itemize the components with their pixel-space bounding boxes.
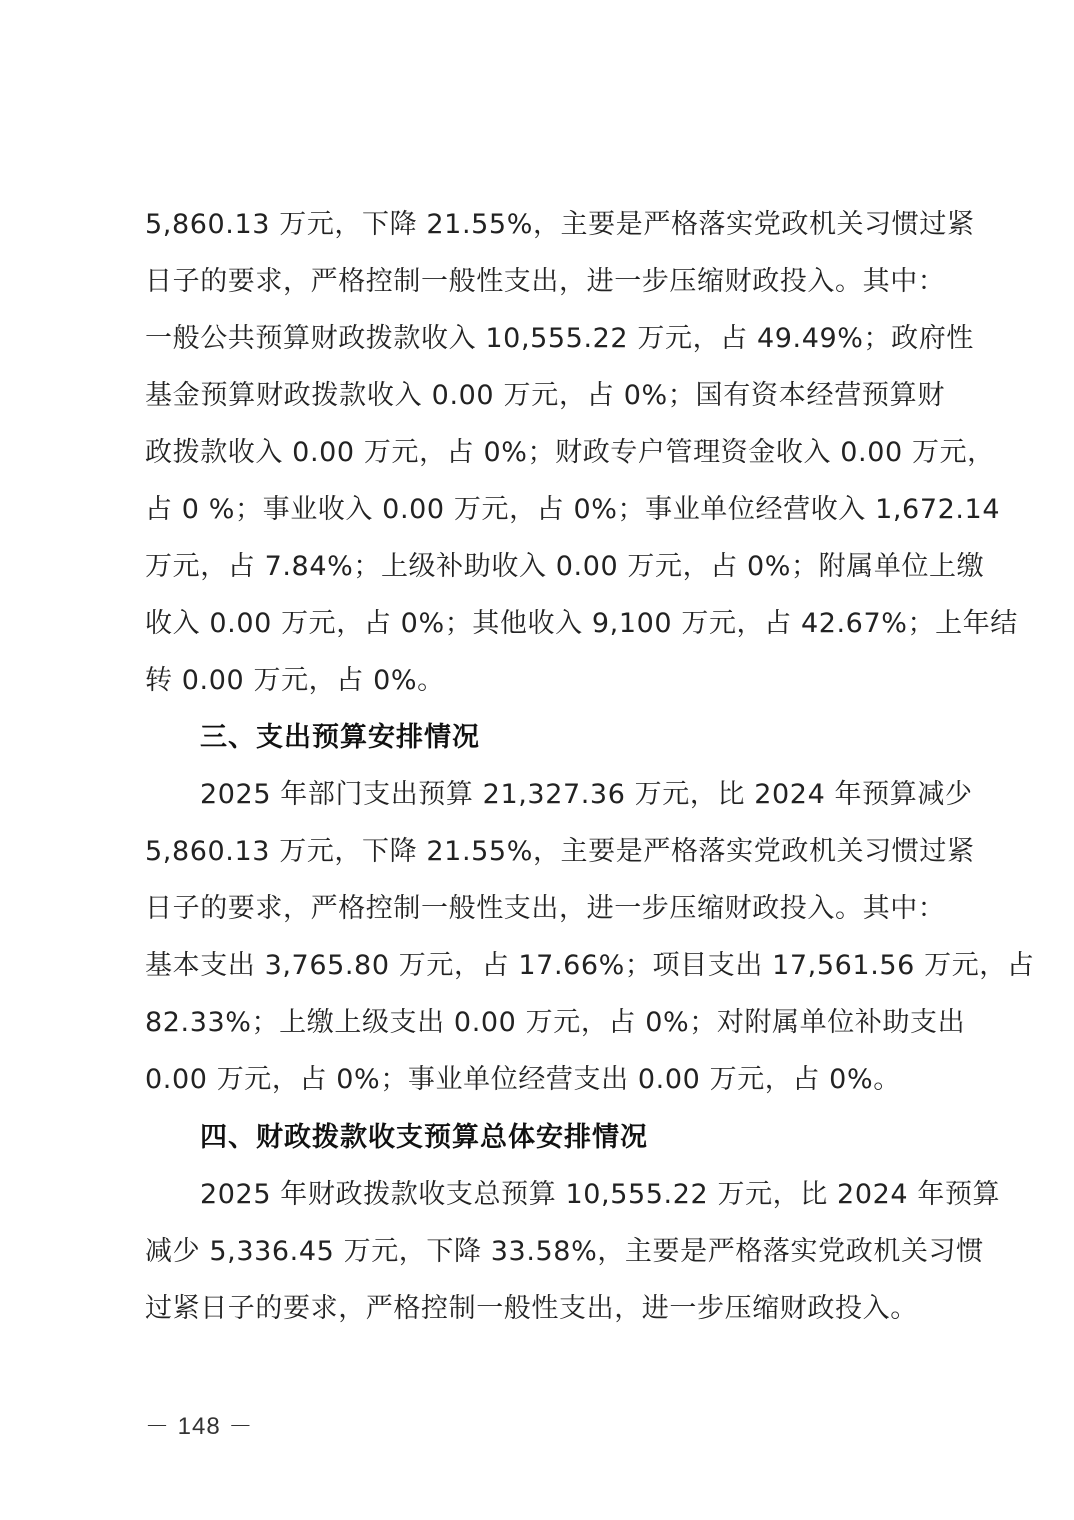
text-line: 一般公共预算财政拨款收入 10,555.22 万元，占 49.49%；政府性 (145, 324, 945, 354)
text-line: 转 0.00 万元，占 0%。 (145, 666, 945, 696)
document-page: 5,860.13 万元，下降 21.55%，主要是严格落实党政机关习惯过紧 日子… (0, 0, 1074, 1520)
text-line: 基金预算财政拨款收入 0.00 万元，占 0%；国有资本经营预算财 (145, 381, 945, 411)
text-line: 占 0 %；事业收入 0.00 万元，占 0%；事业单位经营收入 1,672.1… (145, 495, 945, 525)
text-line: 过紧日子的要求，严格控制一般性支出，进一步压缩财政投入。 (145, 1294, 945, 1324)
section-heading-expenditure: 三、支出预算安排情况 (200, 723, 480, 753)
text-line: 日子的要求，严格控制一般性支出，进一步压缩财政投入。其中： (145, 894, 945, 924)
text-line: 2025 年部门支出预算 21,327.36 万元，比 2024 年预算减少 (200, 780, 945, 810)
text-line: 减少 5,336.45 万元，下降 33.58%，主要是严格落实党政机关习惯 (145, 1237, 945, 1267)
text-line: 5,860.13 万元，下降 21.55%，主要是严格落实党政机关习惯过紧 (145, 837, 945, 867)
text-line: 日子的要求，严格控制一般性支出，进一步压缩财政投入。其中： (145, 267, 945, 297)
text-line: 万元，占 7.84%；上级补助收入 0.00 万元，占 0%；附属单位上缴 (145, 552, 945, 582)
text-line: 0.00 万元，占 0%；事业单位经营支出 0.00 万元，占 0%。 (145, 1065, 945, 1095)
text-line: 5,860.13 万元，下降 21.55%，主要是严格落实党政机关习惯过紧 (145, 210, 945, 240)
text-line: 收入 0.00 万元，占 0%；其他收入 9,100 万元，占 42.67%；上… (145, 609, 945, 639)
page-number: － 148 － (145, 1413, 253, 1441)
section-heading-fiscal-appropriation: 四、财政拨款收支预算总体安排情况 (200, 1123, 648, 1153)
text-line: 政拨款收入 0.00 万元，占 0%；财政专户管理资金收入 0.00 万元， (145, 438, 945, 468)
text-line: 82.33%；上缴上级支出 0.00 万元，占 0%；对附属单位补助支出 (145, 1008, 945, 1038)
text-line: 2025 年财政拨款收支总预算 10,555.22 万元，比 2024 年预算 (200, 1180, 945, 1210)
text-line: 基本支出 3,765.80 万元，占 17.66%；项目支出 17,561.56… (145, 951, 945, 981)
